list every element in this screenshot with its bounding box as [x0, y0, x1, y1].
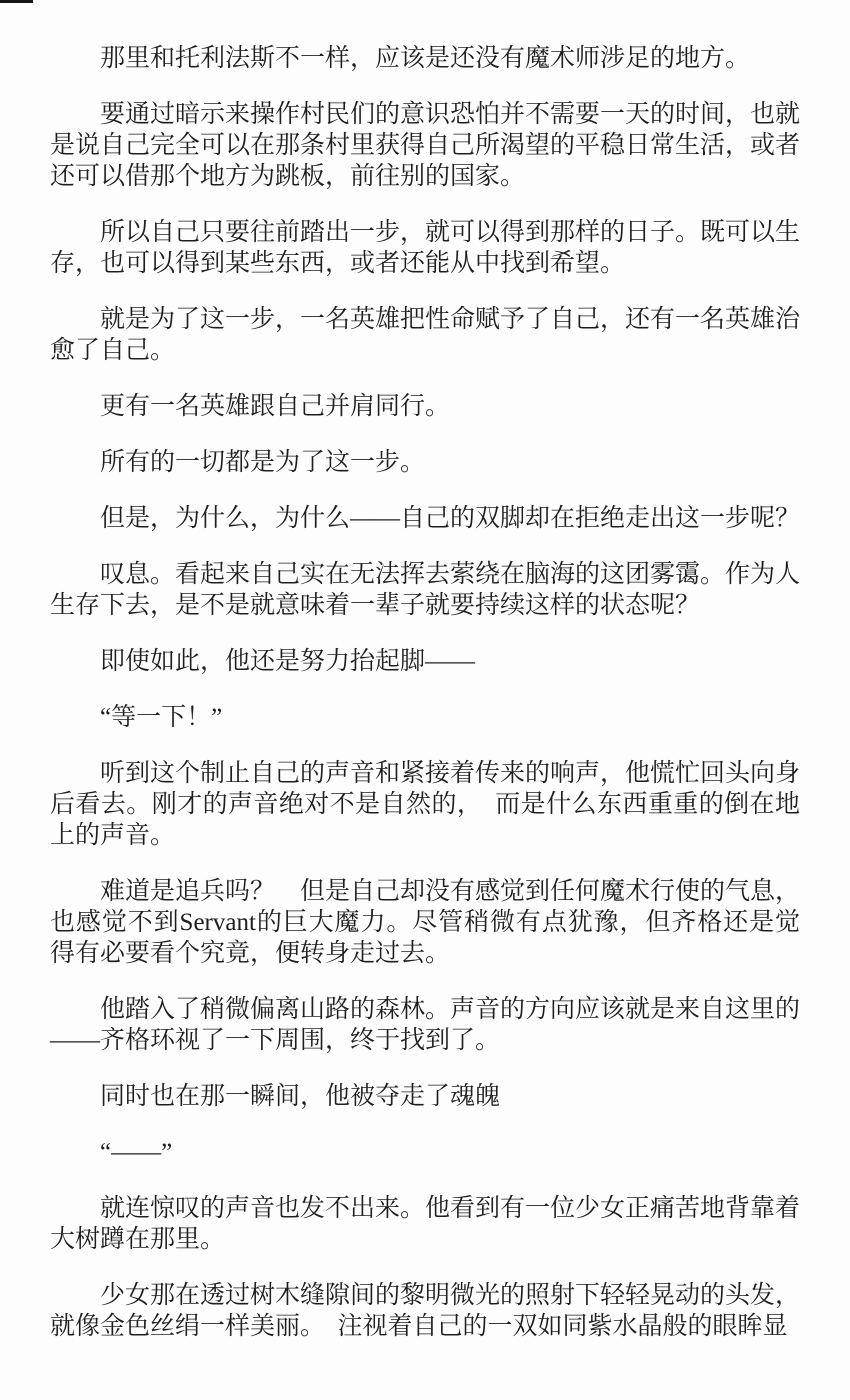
paragraph: 就是为了这一步，一名英雄把性命赋予了自己，还有一名英雄治愈了自己。	[50, 304, 800, 366]
paragraph: 少女那在透过树木缝隙间的黎明微光的照射下轻轻晃动的头发，就像金色丝绢一样美丽。 …	[50, 1280, 800, 1342]
paragraph-dialogue: “等一下！”	[50, 702, 800, 733]
paragraph: 叹息。看起来自己实在无法挥去萦绕在脑海的这团雾霭。作为人生存下去，是不是就意味着…	[50, 559, 800, 621]
novel-page: 那里和托利法斯不一样，应该是还没有魔术师涉足的地方。 要通过暗示来操作村民们的意…	[0, 0, 850, 1342]
paragraph: 就连惊叹的声音也发不出来。他看到有一位少女正痛苦地背靠着大树蹲在那里。	[50, 1193, 800, 1255]
scan-artifact-line	[0, 0, 33, 3]
paragraph: 要通过暗示来操作村民们的意识恐怕并不需要一天的时间，也就是说自己完全可以在那条村…	[50, 99, 800, 192]
paragraph: 所以自己只要往前踏出一步，就可以得到那样的日子。既可以生存，也可以得到某些东西，…	[50, 217, 800, 279]
paragraph: 更有一名英雄跟自己并肩同行。	[50, 391, 800, 422]
paragraph: 听到这个制止自己的声音和紧接着传来的响声，他慌忙回头向身后看去。刚才的声音绝对不…	[50, 758, 800, 851]
paragraph: 那里和托利法斯不一样，应该是还没有魔术师涉足的地方。	[50, 43, 800, 74]
paragraph: 同时也在那一瞬间，他被夺走了魂魄	[50, 1081, 800, 1112]
paragraph: 但是，为什么，为什么——自己的双脚却在拒绝走出这一步呢？	[50, 503, 800, 534]
paragraph: 难道是追兵吗？ 但是自己却没有感觉到任何魔术行使的气息，也感觉不到Servant…	[50, 876, 800, 969]
paragraph: 即使如此，他还是努力抬起脚——	[50, 646, 800, 677]
paragraph: 他踏入了稍微偏离山路的森林。声音的方向应该就是来自这里的——齐格环视了一下周围，…	[50, 994, 800, 1056]
paragraph: 所有的一切都是为了这一步。	[50, 447, 800, 478]
paragraph-dialogue: “——”	[50, 1137, 800, 1168]
